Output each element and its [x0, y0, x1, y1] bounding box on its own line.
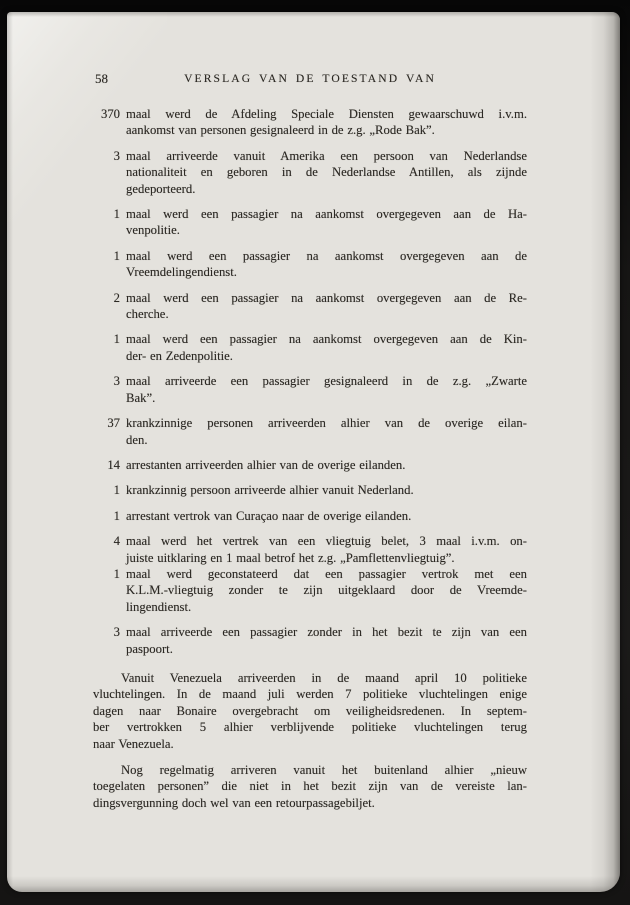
document-page: 58 VERSLAG VAN DE TOESTAND VAN 370maal w…	[7, 12, 620, 892]
text-line: maal werd het vertrek van een vliegtuig …	[126, 533, 527, 549]
text-line: arrestanten arriveerden alhier van de ov…	[126, 457, 527, 473]
statistics-list: 370maal werd de Afdeling Speciale Dienst…	[93, 106, 527, 657]
text-line: maal werd de Afdeling Speciale Diensten …	[126, 106, 527, 122]
item-count: 370	[93, 106, 120, 139]
text-line: Nog regelmatig arriveren vanuit het buit…	[93, 762, 527, 778]
item-count: 4	[93, 533, 120, 566]
running-header: VERSLAG VAN DE TOESTAND VAN	[93, 71, 527, 87]
page-left-shadow	[7, 12, 13, 892]
item-text: arrestanten arriveerden alhier van de ov…	[126, 457, 527, 473]
text-line: aankomst van personen gesignaleerd in de…	[126, 122, 527, 138]
text-line: der- en Zedenpolitie.	[126, 348, 527, 364]
text-line: lingendienst.	[126, 599, 527, 615]
text-line: maal werd een passagier na aankomst over…	[126, 331, 527, 347]
paragraph: Nog regelmatig arriveren vanuit het buit…	[93, 762, 527, 811]
page-number: 58	[95, 71, 108, 87]
list-item: 4maal werd het vertrek van een vliegtuig…	[93, 533, 527, 566]
text-line: krankzinnig persoon arriveerde alhier va…	[126, 482, 527, 498]
text-line: Vanuit Venezuela arriveerden in de maand…	[93, 670, 527, 686]
text-line: paspoort.	[126, 641, 527, 657]
item-text: krankzinnige personen arriveerden alhier…	[126, 415, 527, 448]
list-item: 37krankzinnige personen arriveerden alhi…	[93, 415, 527, 448]
item-count: 1	[93, 206, 120, 239]
list-item: 1maal werd een passagier na aankomst ove…	[93, 331, 527, 364]
list-item: 14arrestanten arriveerden alhier van de …	[93, 457, 527, 473]
page-top-shadow	[7, 12, 620, 17]
item-text: maal werd een passagier na aankomst over…	[126, 290, 527, 323]
item-text: maal werd geconstateerd dat een passagie…	[126, 566, 527, 615]
item-text: maal arriveerde een passagier gesignalee…	[126, 373, 527, 406]
text-line: Bak”.	[126, 390, 527, 406]
text-line: den.	[126, 432, 527, 448]
list-item: 1maal werd een passagier na aankomst ove…	[93, 248, 527, 281]
text-line: maal werd een passagier na aankomst over…	[126, 248, 527, 264]
list-item: 2maal werd een passagier na aankomst ove…	[93, 290, 527, 323]
text-line: maal werd een passagier na aankomst over…	[126, 290, 527, 306]
text-line: K.L.M.-vliegtuig zonder te zijn uitgekla…	[126, 582, 527, 598]
list-item: 370maal werd de Afdeling Speciale Dienst…	[93, 106, 527, 139]
text-line: toegelaten personen” die niet in het bez…	[93, 778, 527, 794]
item-count: 3	[93, 373, 120, 406]
item-text: krankzinnig persoon arriveerde alhier va…	[126, 482, 527, 498]
page-right-shadow	[590, 12, 620, 892]
item-text: maal arriveerde een passagier zonder in …	[126, 624, 527, 657]
item-text: arrestant vertrok van Curaçao naar de ov…	[126, 508, 527, 524]
text-line: maal arriveerde een passagier zonder in …	[126, 624, 527, 640]
closing-paragraphs: Vanuit Venezuela arriveerden in de maand…	[93, 670, 527, 811]
text-line: maal werd geconstateerd dat een passagie…	[126, 566, 527, 582]
list-item: 1maal werd geconstateerd dat een passagi…	[93, 566, 527, 615]
text-line: maal werd een passagier na aankomst over…	[126, 206, 527, 222]
paragraph: Vanuit Venezuela arriveerden in de maand…	[93, 670, 527, 752]
text-line: arrestant vertrok van Curaçao naar de ov…	[126, 508, 527, 524]
page-head: 58 VERSLAG VAN DE TOESTAND VAN	[93, 71, 527, 88]
item-count: 1	[93, 482, 120, 498]
item-text: maal werd het vertrek van een vliegtuig …	[126, 533, 527, 566]
text-line: naar Venezuela.	[93, 736, 527, 752]
text-line: vluchtelingen. In de maand juli werden 7…	[93, 686, 527, 702]
text-line: dingsvergunning doch wel van een retourp…	[93, 795, 527, 811]
item-text: maal werd een passagier na aankomst over…	[126, 331, 527, 364]
text-line: cherche.	[126, 306, 527, 322]
list-item: 3maal arriveerde vanuit Amerika een pers…	[93, 148, 527, 197]
text-line: maal arriveerde vanuit Amerika een perso…	[126, 148, 527, 164]
page-bottom-shadow	[7, 876, 620, 892]
text-line: dagen naar Bonaire overgebracht om veili…	[93, 703, 527, 719]
text-line: venpolitie.	[126, 222, 527, 238]
text-line: ber vertrokken 5 alhier verblijvende pol…	[93, 719, 527, 735]
item-text: maal arriveerde vanuit Amerika een perso…	[126, 148, 527, 197]
item-text: maal werd de Afdeling Speciale Diensten …	[126, 106, 527, 139]
list-item: 1arrestant vertrok van Curaçao naar de o…	[93, 508, 527, 524]
list-item: 1maal werd een passagier na aankomst ove…	[93, 206, 527, 239]
text-line: gedeporteerd.	[126, 181, 527, 197]
item-count: 1	[93, 331, 120, 364]
page-content: 58 VERSLAG VAN DE TOESTAND VAN 370maal w…	[93, 71, 527, 811]
item-count: 1	[93, 566, 120, 615]
list-item: 1krankzinnig persoon arriveerde alhier v…	[93, 482, 527, 498]
item-count: 14	[93, 457, 120, 473]
list-item: 3maal arriveerde een passagier gesignale…	[93, 373, 527, 406]
item-text: maal werd een passagier na aankomst over…	[126, 206, 527, 239]
item-count: 2	[93, 290, 120, 323]
item-count: 1	[93, 248, 120, 281]
item-count: 1	[93, 508, 120, 524]
text-line: Vreemdelingendienst.	[126, 264, 527, 280]
item-text: maal werd een passagier na aankomst over…	[126, 248, 527, 281]
text-line: juiste uitklaring en 1 maal betrof het z…	[126, 550, 527, 566]
item-count: 3	[93, 148, 120, 197]
item-count: 3	[93, 624, 120, 657]
text-line: maal arriveerde een passagier gesignalee…	[126, 373, 527, 389]
text-line: krankzinnige personen arriveerden alhier…	[126, 415, 527, 431]
scanner-background: 58 VERSLAG VAN DE TOESTAND VAN 370maal w…	[0, 0, 630, 905]
item-count: 37	[93, 415, 120, 448]
text-line: nationaliteit en geboren in de Nederland…	[126, 164, 527, 180]
list-item: 3maal arriveerde een passagier zonder in…	[93, 624, 527, 657]
